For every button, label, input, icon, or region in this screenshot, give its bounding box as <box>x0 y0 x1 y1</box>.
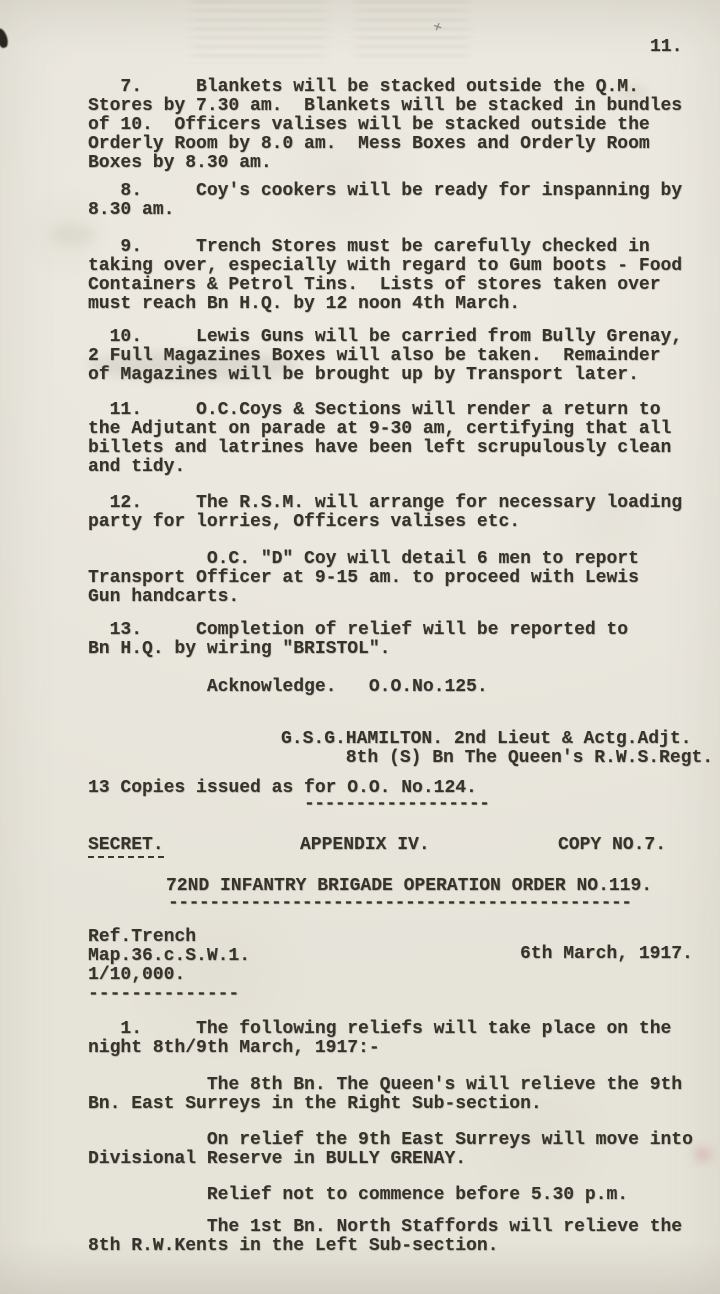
appendix-paragraph-1-sub4: The 1st Bn. North Staffords will relieve… <box>88 1218 682 1256</box>
secret-label: SECRET. <box>88 836 164 858</box>
appendix-label: APPENDIX IV. <box>300 836 430 855</box>
scan-edge-mark <box>0 27 10 49</box>
page-number: 11. <box>650 38 682 57</box>
document-page: × 11. 7. Blankets will be stacked outsid… <box>0 0 720 1294</box>
order-paragraph-9: 9. Trench Stores must be carefully check… <box>88 238 682 314</box>
separator-rule: ------------------ <box>304 795 489 814</box>
appendix-paragraph-1-sub3: Relief not to commence before 5.30 p.m. <box>88 1186 628 1205</box>
order-paragraph-12: 12. The R.S.M. will arrange for necessar… <box>88 494 682 532</box>
map-reference: Ref.Trench Map.36.c.S.W.1. 1/10,000. ---… <box>88 928 250 1004</box>
order-paragraph-10: 10. Lewis Guns will be carried from Bull… <box>88 328 682 385</box>
appendix-paragraph-1: 1. The following reliefs will take place… <box>88 1020 671 1058</box>
order-paragraph-8: 8. Coy's cookers will be ready for inspa… <box>88 182 682 220</box>
order-paragraph-12-sub: O.C. "D" Coy will detail 6 men to report… <box>88 550 639 607</box>
order-paragraph-11: 11. O.C.Coys & Sections will render a re… <box>88 401 671 477</box>
acknowledge-line: Acknowledge. O.O.No.125. <box>88 678 488 697</box>
bleed-through-ghost-text <box>183 0 335 64</box>
pencil-mark: × <box>431 19 445 35</box>
title-underline-rule: ----------------------------------------… <box>168 894 632 913</box>
copy-number-label: COPY NO.7. <box>558 836 666 855</box>
signature-block: G.S.G.HAMILTON. 2nd Lieut & Actg.Adjt. 8… <box>281 730 713 768</box>
bleed-through-ghost-text <box>348 0 476 64</box>
red-mark <box>694 1148 712 1161</box>
appendix-paragraph-1-sub1: The 8th Bn. The Queen's will relieve the… <box>88 1076 682 1114</box>
order-date: 6th March, 1917. <box>520 945 693 964</box>
appendix-paragraph-1-sub2: On relief the 9th East Surreys will move… <box>88 1131 693 1169</box>
order-paragraph-7: 7. Blankets will be stacked outside the … <box>88 78 682 173</box>
order-paragraph-13: 13. Completion of relief will be reporte… <box>88 621 628 659</box>
